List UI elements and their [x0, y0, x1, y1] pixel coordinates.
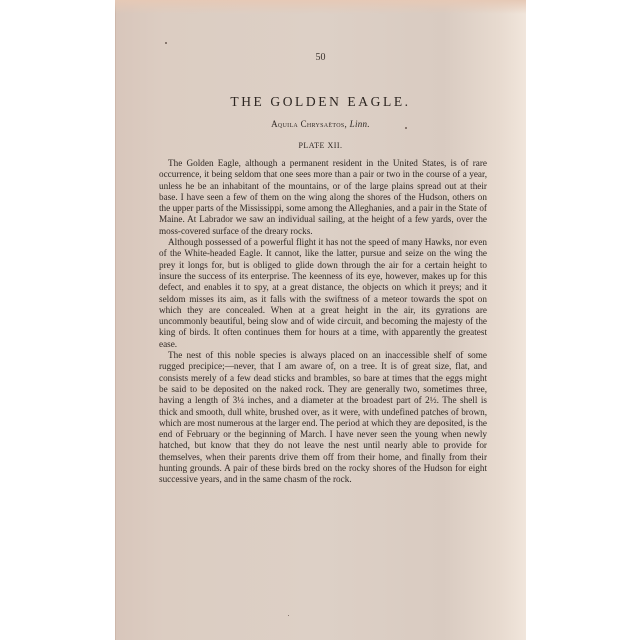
paragraph: The nest of this noble species is always…	[159, 350, 487, 486]
page-number: 50	[115, 52, 526, 63]
plate-label: PLATE XII.	[115, 141, 526, 150]
species-epithet: Chrysaëtos,	[301, 119, 347, 129]
paper-speck	[405, 127, 407, 129]
paper-speck	[288, 615, 289, 616]
page-title: THE GOLDEN EAGLE.	[115, 94, 526, 110]
body-text: The Golden Eagle, although a permanent r…	[159, 158, 487, 486]
species-authority: Linn.	[350, 119, 370, 129]
species-name: Aquila Chrysaëtos, Linn.	[115, 119, 526, 129]
paragraph: The Golden Eagle, although a permanent r…	[159, 158, 487, 237]
species-genus: Aquila	[271, 119, 298, 129]
paper-speck	[318, 145, 319, 146]
paper-speck	[165, 42, 167, 44]
book-page: 50 THE GOLDEN EAGLE. Aquila Chrysaëtos, …	[115, 0, 526, 640]
paragraph: Although possessed of a powerful flight …	[159, 237, 487, 350]
